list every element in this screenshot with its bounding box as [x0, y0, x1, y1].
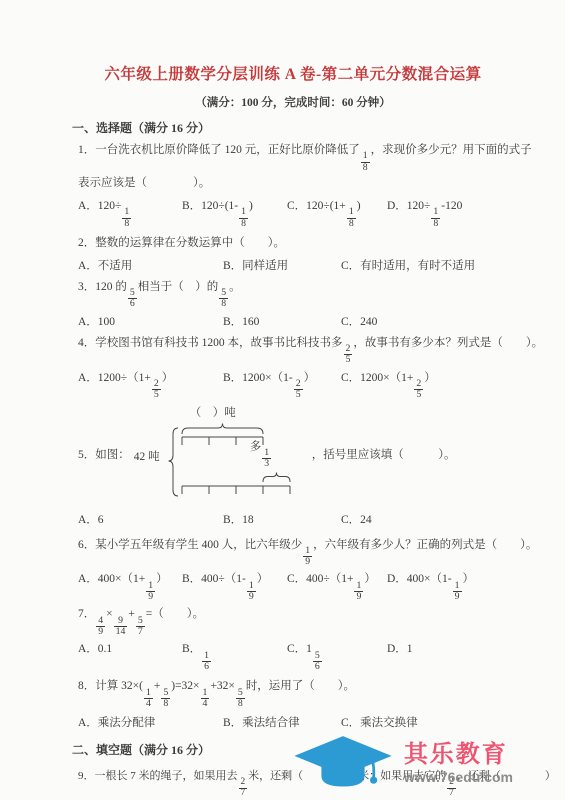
- question-3: 3．120 的56相当于（ ）的58。 A．100 B．160 C．240: [78, 277, 508, 333]
- question-5: 5．如图： （ ）吨 42 吨 多13 ，括号里应该: [78, 408, 508, 504]
- diagram-more-label: 多13: [250, 440, 272, 470]
- option-c: C．400÷（1+19）: [287, 569, 387, 602]
- option-b: B．120÷(1-18): [182, 196, 287, 229]
- question-7-stem: 7．49×914+57=（ ）。: [78, 604, 508, 637]
- question-4-stem: 4．学校图书馆有科技书 1200 本，故事书比科技书多25，故事书有多少本？列式…: [78, 333, 565, 366]
- question-6-options: A．400×（1+19） B．400÷（1-19） C．400÷（1+19） D…: [78, 569, 508, 602]
- option-a: A．乘法分配律: [78, 713, 223, 734]
- question-3-stem: 3．120 的56相当于（ ）的58。: [78, 277, 508, 310]
- score-time-note: （满分：100 分，完成时间：60 分钟）: [78, 95, 508, 111]
- question-1-options: A．120÷18 B．120÷(1-18) C．120÷(1+18) D．120…: [78, 196, 508, 229]
- option-d: D．1: [387, 639, 508, 672]
- option-c: C．120÷(1+18): [287, 196, 387, 229]
- option-a: A．6: [78, 510, 223, 531]
- brand-logo: 其乐教育 www.76edu.com: [289, 734, 513, 794]
- option-d: D．400×（1-19）: [387, 569, 508, 602]
- diagram-top-label: （ ）吨: [190, 406, 236, 420]
- question-6-stem: 6．某小学五年级有学生 400 人，比六年级少19，六年级有多少人？正确的列式是…: [78, 535, 565, 568]
- option-a: A．1200÷（1+25）: [78, 368, 223, 401]
- question-4: 4．学校图书馆有科技书 1200 本，故事书比科技书多25，故事书有多少本？列式…: [78, 333, 508, 401]
- question-2: 2．整数的运算律在分数运算中（ ）。 A．不适用 B．同样适用 C．有时适用，有…: [78, 233, 508, 277]
- option-c: C．156: [287, 639, 387, 672]
- question-1-stem: 1．一台洗衣机比原价降低了 120 元，正好比原价降低了18，求现价多少元？用下…: [78, 140, 565, 173]
- question-8-stem: 8．计算 32×(14+58)=32×14+32×58时，运用了（ ）。: [78, 676, 508, 709]
- question-5-intro: 5．如图：: [78, 445, 130, 466]
- question-7: 7．49×914+57=（ ）。 A．0.1 B．16 C．156 D．1: [78, 604, 508, 672]
- option-a: A．400×（1+19）: [78, 569, 182, 602]
- option-b: B．18: [223, 510, 341, 531]
- option-a: A．100: [78, 312, 223, 333]
- question-8-options: A．乘法分配律 B．乘法结合律 C．乘法交换律: [78, 713, 508, 734]
- diagram-left-label: 42 吨: [134, 450, 160, 464]
- option-b: B．160: [223, 312, 341, 333]
- bar-model-diagram: （ ）吨 42 吨 多13: [134, 408, 306, 504]
- option-b: B．16: [182, 639, 287, 672]
- option-b: B．同样适用: [223, 256, 341, 277]
- section-heading-choice: 一、选择题（满分 16 分）: [72, 120, 508, 136]
- option-c: C．24: [341, 510, 508, 531]
- option-a: A．120÷18: [78, 196, 182, 229]
- option-c: C．240: [341, 312, 508, 333]
- question-6: 6．某小学五年级有学生 400 人，比六年级少19，六年级有多少人？正确的列式是…: [78, 535, 508, 603]
- question-2-options: A．不适用 B．同样适用 C．有时适用，有时不适用: [78, 256, 508, 277]
- option-a: A．不适用: [78, 256, 223, 277]
- option-c: C．乘法交换律: [341, 713, 508, 734]
- question-7-options: A．0.1 B．16 C．156 D．1: [78, 639, 508, 672]
- page-title: 六年级上册数学分层训练 A 卷-第二单元分数混合运算: [78, 64, 508, 86]
- option-c: C．1200×（1+25）: [341, 368, 508, 401]
- question-5-suffix: ，括号里应该填（ ）。: [312, 445, 456, 466]
- brand-name: 其乐教育: [404, 742, 508, 768]
- question-1-stem-line2: 表示应该是（ ）。: [78, 173, 508, 194]
- option-b: B．1200×（1-25）: [223, 368, 341, 401]
- option-b: B．乘法结合律: [223, 713, 341, 734]
- option-c: C．有时适用，有时不适用: [341, 256, 508, 277]
- worksheet-page: 六年级上册数学分层训练 A 卷-第二单元分数混合运算 （满分：100 分，完成时…: [0, 0, 565, 800]
- question-1: 1．一台洗衣机比原价降低了 120 元，正好比原价降低了18，求现价多少元？用下…: [78, 140, 508, 229]
- question-2-stem: 2．整数的运算律在分数运算中（ ）。: [78, 233, 508, 254]
- question-3-options: A．100 B．160 C．240: [78, 312, 508, 333]
- brand-url: www.76edu.com: [404, 768, 513, 786]
- graduation-cap-icon: [289, 734, 397, 794]
- option-b: B．400÷（1-19）: [182, 569, 287, 602]
- option-d: D．120÷18-120: [387, 196, 508, 229]
- question-8: 8．计算 32×(14+58)=32×14+32×58时，运用了（ ）。 A．乘…: [78, 676, 508, 734]
- question-4-options: A．1200÷（1+25） B．1200×（1-25） C．1200×（1+25…: [78, 368, 508, 401]
- question-5-options: A．6 B．18 C．24: [78, 510, 508, 531]
- option-a: A．0.1: [78, 639, 182, 672]
